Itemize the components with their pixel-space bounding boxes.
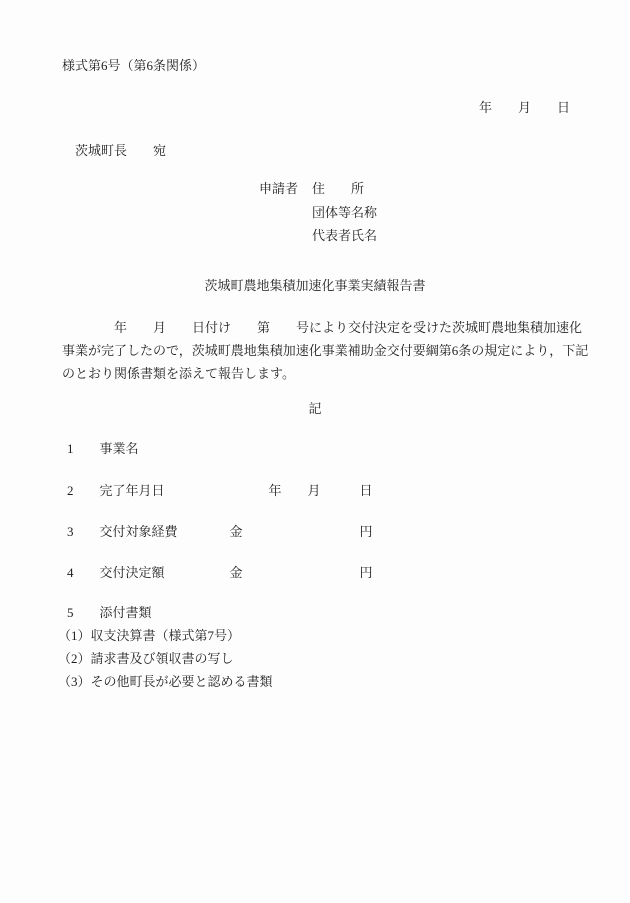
applicant-fields: 住 所 団体等名称 代表者氏名	[312, 177, 377, 248]
item-completion-date: 2 完了年月日 年 月 日	[67, 479, 373, 502]
addressee: 茨城町長 宛	[75, 139, 166, 162]
attached-document-1: （1）収支決算書（様式第7号）	[58, 624, 273, 647]
body-paragraph: 年 月 日付け 第 号により交付決定を受けた茨城町農地集積加速化 事業が完了した…	[62, 316, 588, 386]
applicant-address-field: 住 所	[312, 177, 377, 201]
body-line-3: のとおり関係書類を添えて報告します。	[62, 362, 588, 385]
item-attached-documents: 5 添付書類	[67, 601, 152, 624]
body-line-1: 年 月 日付け 第 号により交付決定を受けた茨城町農地集積加速化	[62, 316, 588, 339]
document-title: 茨城町農地集積加速化事業実績報告書	[0, 274, 630, 297]
applicant-representative-field: 代表者氏名	[312, 224, 377, 248]
date-line: 年 月 日	[479, 96, 570, 119]
item-grant-decision-amount: 4 交付決定額 金 円	[67, 561, 373, 584]
note-mark: 記	[0, 397, 630, 420]
applicant-label: 申請者	[259, 177, 298, 248]
document-page: 様式第6号（第6条関係） 年 月 日 茨城町長 宛 申請者 住 所 団体等名称 …	[0, 0, 630, 903]
item-eligible-expenses: 3 交付対象経費 金 円	[67, 520, 373, 543]
attached-documents-list: （1）収支決算書（様式第7号） （2）請求書及び領収書の写し （3）その他町長が…	[58, 624, 273, 693]
applicant-block: 申請者 住 所 団体等名称 代表者氏名	[259, 177, 377, 248]
applicant-organization-field: 団体等名称	[312, 201, 377, 225]
attached-document-2: （2）請求書及び領収書の写し	[58, 647, 273, 670]
attached-document-3: （3）その他町長が必要と認める書類	[58, 670, 273, 693]
body-line-2: 事業が完了したので，茨城町農地集積加速化事業補助金交付要綱第6条の規定により，下…	[62, 339, 588, 362]
form-number: 様式第6号（第6条関係）	[62, 54, 205, 77]
item-project-name: 1 事業名	[67, 437, 139, 460]
